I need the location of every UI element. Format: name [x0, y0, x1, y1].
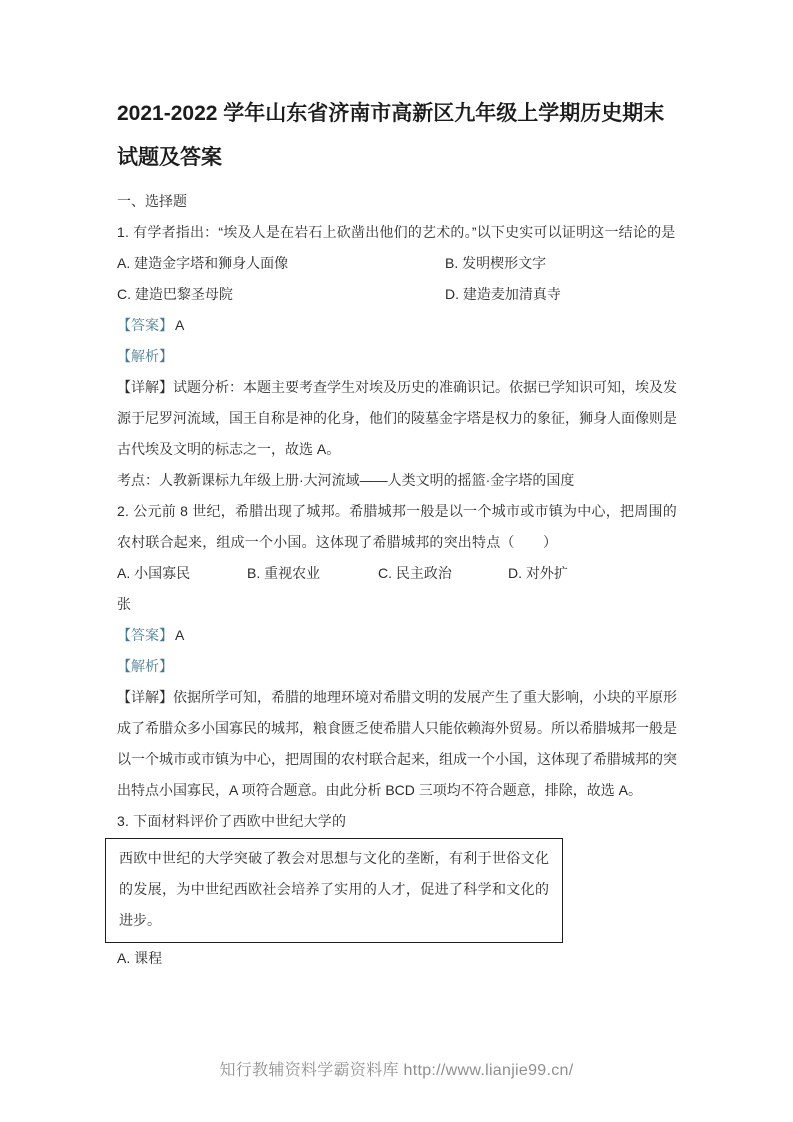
question-2-option-c: C. 民主政治 [378, 558, 508, 589]
question-1-analysis-line: 【解析】 [117, 341, 677, 372]
question-1-option-d: D. 建造麦加清真寺 [445, 279, 677, 310]
question-2-option-d: D. 对外扩 [508, 558, 677, 589]
question-2-detail: 【详解】依据所学可知，希腊的地理环境对希腊文明的发展产生了重大影响，小块的平原形… [117, 682, 677, 806]
question-1-answer-line: 【答案】A [117, 310, 677, 341]
question-2-answer-line: 【答案】A [117, 620, 677, 651]
question-1-option-a: A. 建造金字塔和狮身人面像 [117, 248, 445, 279]
analysis-label: 【解析】 [117, 348, 173, 364]
question-3-option-a: A. 课程 [117, 943, 677, 974]
page-title: 2021-2022 学年山东省济南市高新区九年级上学期历史期末试题及答案 [117, 92, 677, 180]
document-content: 2021-2022 学年山东省济南市高新区九年级上学期历史期末试题及答案 一、选… [117, 92, 677, 974]
question-2-options: A. 小国寡民 B. 重视农业 C. 民主政治 D. 对外扩 [117, 558, 677, 589]
question-1-options: A. 建造金字塔和狮身人面像 B. 发明楔形文字 C. 建造巴黎圣母院 D. 建… [117, 248, 677, 310]
section-heading: 一、选择题 [117, 186, 677, 217]
question-3-material-box: 西欧中世纪的大学突破了教会对思想与文化的垄断，有利于世俗文化的发展，为中世纪西欧… [105, 838, 563, 943]
question-2-option-a: A. 小国寡民 [117, 558, 247, 589]
question-1-option-b: B. 发明楔形文字 [445, 248, 677, 279]
question-1-option-c: C. 建造巴黎圣母院 [117, 279, 445, 310]
analysis-label: 【解析】 [117, 658, 173, 674]
question-3-stem: 3. 下面材料评价了西欧中世纪大学的 [117, 806, 677, 837]
question-1-stem: 1. 有学者指出：“埃及人是在岩石上砍凿出他们的艺术的。”以下史实可以证明这一结… [117, 217, 677, 248]
question-2-answer-value: A [173, 627, 184, 643]
answer-label: 【答案】 [117, 627, 173, 643]
question-2-option-d-wrap: 张 [117, 589, 677, 620]
question-1-answer-value: A [173, 317, 184, 333]
document-page: 2021-2022 学年山东省济南市高新区九年级上学期历史期末试题及答案 一、选… [0, 0, 793, 1122]
question-2-analysis-line: 【解析】 [117, 651, 677, 682]
question-1-exam-point: 考点：人教新课标九年级上册·大河流域——人类文明的摇篮·金字塔的国度 [117, 465, 677, 496]
question-2-option-b: B. 重视农业 [247, 558, 378, 589]
question-2-stem: 2. 公元前 8 世纪，希腊出现了城邦。希腊城邦一般是以一个城市或市镇为中心，把… [117, 496, 677, 558]
question-3-material-text: 西欧中世纪的大学突破了教会对思想与文化的垄断，有利于世俗文化的发展，为中世纪西欧… [119, 843, 549, 936]
page-footer: 知行教辅资料学霸资料库 http://www.lianjie99.cn/ [0, 1057, 793, 1080]
answer-label: 【答案】 [117, 317, 173, 333]
question-1-detail: 【详解】试题分析：本题主要考查学生对埃及历史的准确识记。依据已学知识可知，埃及发… [117, 372, 677, 465]
